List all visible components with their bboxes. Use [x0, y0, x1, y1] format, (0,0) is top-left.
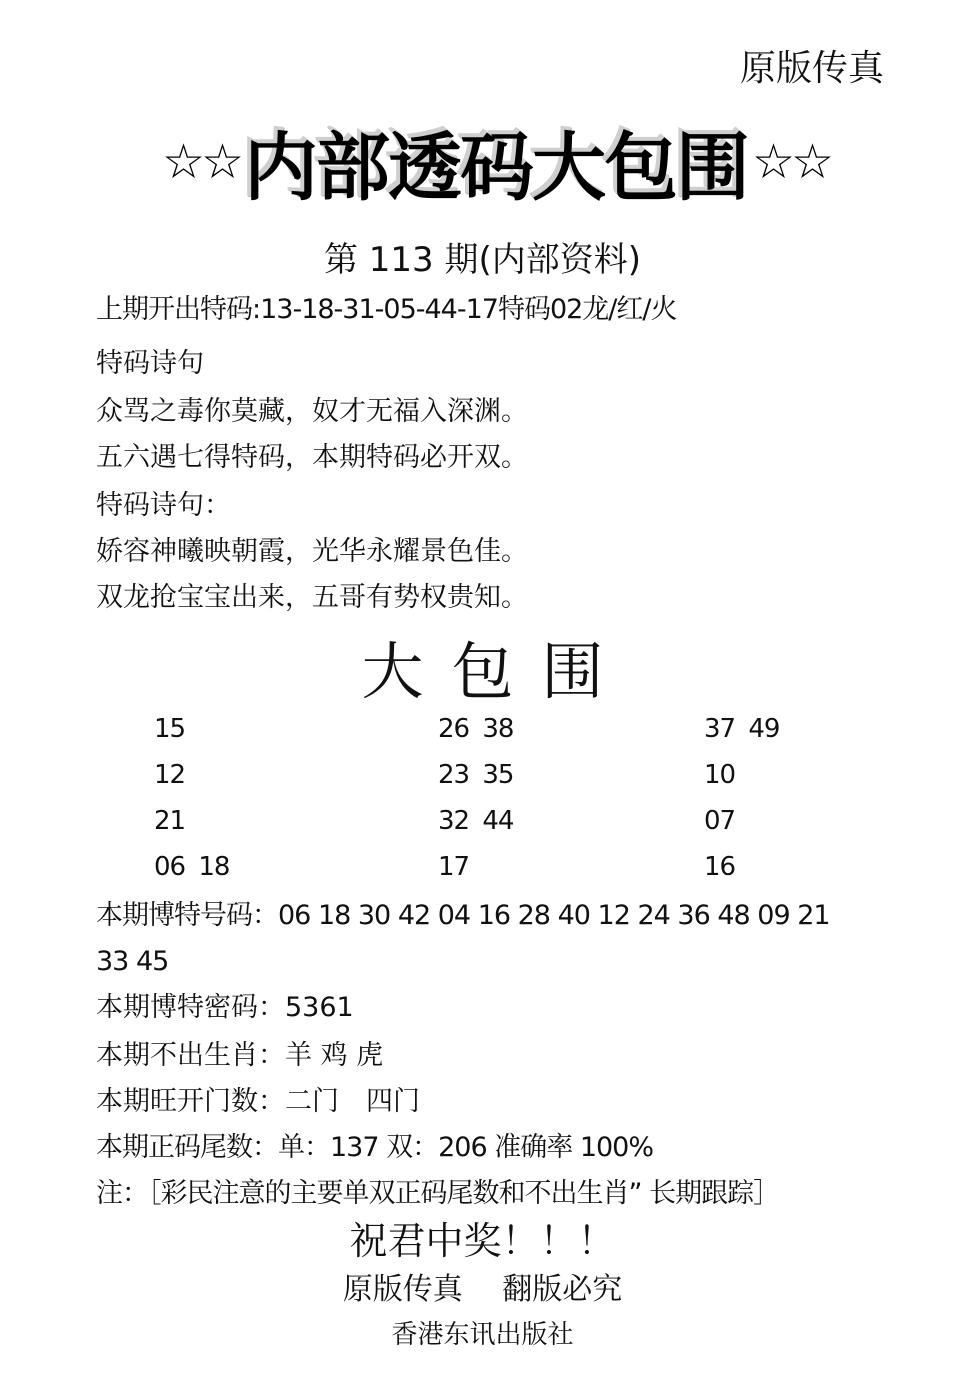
poem1-label: 特码诗句 — [96, 346, 204, 382]
secret-code-label: 本期博特密码： — [96, 992, 285, 1023]
excluded-zodiac-label: 本期不出生肖： — [96, 1040, 285, 1071]
star-icon-right: ☆☆ — [752, 134, 830, 190]
bote-numbers-line-1: 本期博特号码：06 18 30 42 04 16 28 40 12 24 36 … — [96, 898, 830, 934]
footer-publisher: 香港东讯出版社 — [0, 1314, 965, 1351]
grid-cell: 10 — [704, 760, 735, 790]
note-line: 注：［彩民注意的主要单双正码尾数和不出生肖” 长期跟踪］ — [96, 1176, 779, 1212]
big-heading: 大包围 — [0, 622, 965, 711]
issue-number: 第 113 期(内部资料) — [0, 232, 965, 281]
hot-gates-value: 二门 四门 — [285, 1086, 420, 1117]
secret-code-line: 本期博特密码：5361 — [96, 990, 354, 1026]
poem1-line-1: 众骂之毒你莫藏，奴才无福入深渊。 — [96, 394, 528, 430]
bote-numbers-line-2: 33 45 — [96, 944, 168, 980]
grid-cell: 06 18 — [154, 852, 229, 882]
excluded-zodiac-value: 羊 鸡 虎 — [285, 1040, 383, 1071]
tail-numbers-line: 本期正码尾数：单：137 双：206 准确率 100% — [96, 1130, 653, 1166]
grid-cell: 37 49 — [704, 714, 779, 744]
poem2-line-1: 娇容神曦映朝霞，光华永耀景色佳。 — [96, 534, 528, 570]
grid-cell: 23 35 — [438, 760, 513, 790]
poem1-line-2: 五六遇七得特码，本期特码必开双。 — [96, 440, 528, 476]
tail-numbers-value: 单：137 双：206 准确率 100% — [278, 1132, 653, 1163]
grid-cell: 26 38 — [438, 714, 513, 744]
excluded-zodiac-line: 本期不出生肖：羊 鸡 虎 — [96, 1038, 383, 1074]
poem2-line-2: 双龙抢宝宝出来，五哥有势权贵知。 — [96, 580, 528, 616]
grid-cell: 21 — [154, 806, 185, 836]
grid-cell: 12 — [154, 760, 185, 790]
top-label-clipped: 原版传真 — [734, 44, 884, 94]
secret-code-value: 5361 — [285, 992, 354, 1023]
footer-copyright: 原版传真 翻版必究 — [0, 1264, 965, 1308]
wish-line: 祝君中奖！！！ — [0, 1210, 965, 1265]
bote-numbers-label: 本期博特号码： — [96, 900, 278, 931]
top-label: 原版传真 — [740, 44, 884, 94]
grid-cell: 17 — [438, 852, 469, 882]
star-icon-left: ☆☆ — [162, 134, 240, 190]
poem2-label: 特码诗句： — [96, 488, 231, 524]
hot-gates-label: 本期旺开门数： — [96, 1086, 285, 1117]
grid-cell: 15 — [154, 714, 185, 744]
hot-gates-line: 本期旺开门数：二门 四门 — [96, 1084, 420, 1120]
grid-cell: 16 — [704, 852, 735, 882]
grid-cell: 07 — [704, 806, 735, 836]
main-title: ☆☆ 内部透码大包围 ☆☆ — [96, 112, 896, 212]
main-title-text: 内部透码大包围 — [244, 109, 748, 215]
last-draw-line: 上期开出特码:13-18-31-05-44-17特码02龙/红/火 — [96, 292, 677, 328]
tail-numbers-label: 本期正码尾数： — [96, 1132, 278, 1163]
bote-numbers-values: 06 18 30 42 04 16 28 40 12 24 36 48 09 2… — [278, 900, 830, 931]
grid-cell: 32 44 — [438, 806, 513, 836]
